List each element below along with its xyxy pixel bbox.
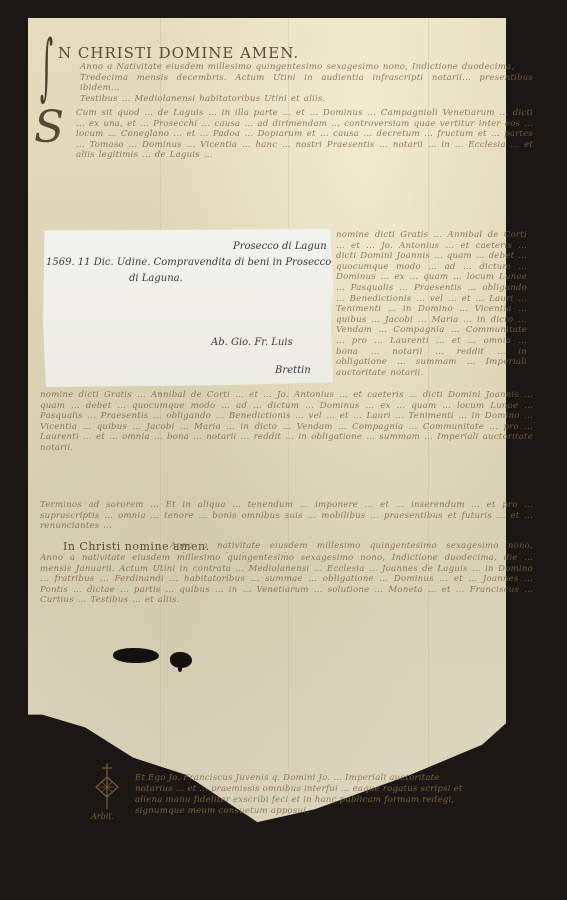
notary-subscription: Et Ego Jo. Franciscus Juvenis q. Domini … [135,773,475,817]
body-paragraph-1: Cum sit quod ... de Laguis ... in illa p… [76,108,533,228]
decorated-initial-s: S [34,106,64,150]
body-paragraph-1-continued: nomine dicti Gratis ... Annibal de Corti… [336,230,527,390]
notary-mark-label: Arbit. [91,812,114,821]
header-line-2: Tredecima mensis decembris. Actum Utini … [80,73,533,94]
label-signature-1: Ab. Gio. Fr. Luis [211,337,293,348]
second-instrument-first-line: Anno a nativitate eiusdem millesimo quin… [170,541,533,553]
ink-blot [113,648,159,663]
body-paragraph-3: Terminos ad sororem ... Et in aliqua ...… [40,500,533,536]
header-line-3: Testibus ... Mediolanensi habitatoribus … [80,94,533,105]
label-line-1: 1569. 11 Dic. Udine. Compravendita di be… [46,257,331,268]
notary-signum-icon [94,763,120,811]
header-text: Anno a Nativitate eiusdem millesimo quin… [80,62,533,104]
ink-blot [178,666,182,672]
label-line-2: di Laguna. [129,273,183,284]
label-top-right: Prosecco di Lagun [233,241,327,252]
header-line-1: Anno a Nativitate eiusdem millesimo quin… [80,62,533,73]
decorated-initial: ∫ [40,30,53,102]
archival-label-card: Prosecco di Lagun 1569. 11 Dic. Udine. C… [43,229,333,387]
label-signature-2: Brettin [275,365,311,376]
invocation-heading: N CHRISTI DOMINE AMEN. [58,44,299,62]
